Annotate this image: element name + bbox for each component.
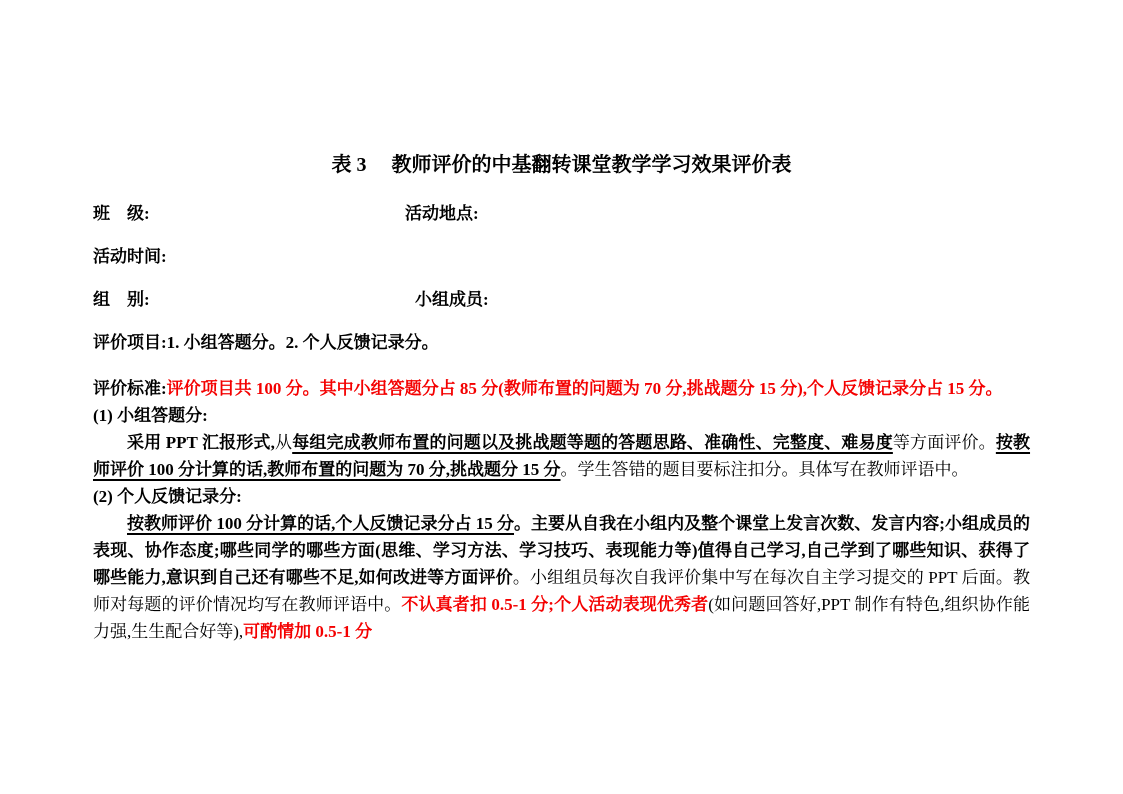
- evaluation-items-label: 评价项目:: [93, 333, 167, 352]
- group-field-label: 组 别:: [93, 286, 415, 313]
- text-run: 每组完成教师布置的问题以及挑战题等题的答题思路、准确性、完整度、难易度: [292, 433, 893, 452]
- class-field-label: 班 级:: [93, 200, 405, 227]
- text-run: 可酌情加 0.5-1 分: [243, 622, 372, 641]
- members-field-label: 小组成员:: [415, 286, 489, 313]
- section1-heading: (1) 小组答题分:: [93, 402, 1030, 429]
- time-field-label: 活动时间:: [93, 243, 167, 270]
- field-row-time: 活动时间:: [93, 243, 1030, 270]
- text-run: 不认真者扣 0.5-1 分;个人活动表现优秀者: [401, 595, 708, 614]
- evaluation-standard-paragraph: 评价标准:评价项目共 100 分。其中小组答题分占 85 分(教师布置的问题为 …: [93, 375, 1030, 402]
- field-row-group-members: 组 别: 小组成员:: [93, 286, 1030, 313]
- page-title: 表 3 教师评价的中基翻转课堂教学学习效果评价表: [93, 152, 1030, 179]
- document-body: 表 3 教师评价的中基翻转课堂教学学习效果评价表 班 级: 活动地点: 活动时间…: [93, 152, 1030, 645]
- text-run: 。学生答错的题目要标注扣分。具体写在教师评语中。: [561, 460, 969, 479]
- location-field-label: 活动地点:: [405, 200, 479, 227]
- text-run: 按教师评价 100 分计算的话,个人反馈记录分占 15 分: [127, 514, 514, 533]
- document-page: { "doc": { "title": "表 3 教师评价的中基翻转课堂教学学习…: [0, 0, 1123, 794]
- section2-heading: (2) 个人反馈记录分:: [93, 483, 1030, 510]
- field-row-class-location: 班 级: 活动地点:: [93, 200, 1030, 227]
- text-run: 等方面评价。: [893, 433, 996, 452]
- text-run: 采用 PPT 汇报形式,: [127, 433, 275, 452]
- evaluation-standard-text: 评价项目共 100 分。其中小组答题分占 85 分(教师布置的问题为 70 分,…: [167, 379, 1003, 398]
- evaluation-items-text: 1. 小组答题分。2. 个人反馈记录分。: [167, 333, 439, 352]
- evaluation-items-line: 评价项目:1. 小组答题分。2. 个人反馈记录分。: [93, 329, 1030, 356]
- section2-paragraph: 按教师评价 100 分计算的话,个人反馈记录分占 15 分。主要从自我在小组内及…: [93, 510, 1030, 645]
- section1-paragraph: 采用 PPT 汇报形式,从每组完成教师布置的问题以及挑战题等题的答题思路、准确性…: [93, 429, 1030, 483]
- text-run: 从: [275, 433, 292, 452]
- evaluation-standard-label: 评价标准:: [93, 379, 167, 398]
